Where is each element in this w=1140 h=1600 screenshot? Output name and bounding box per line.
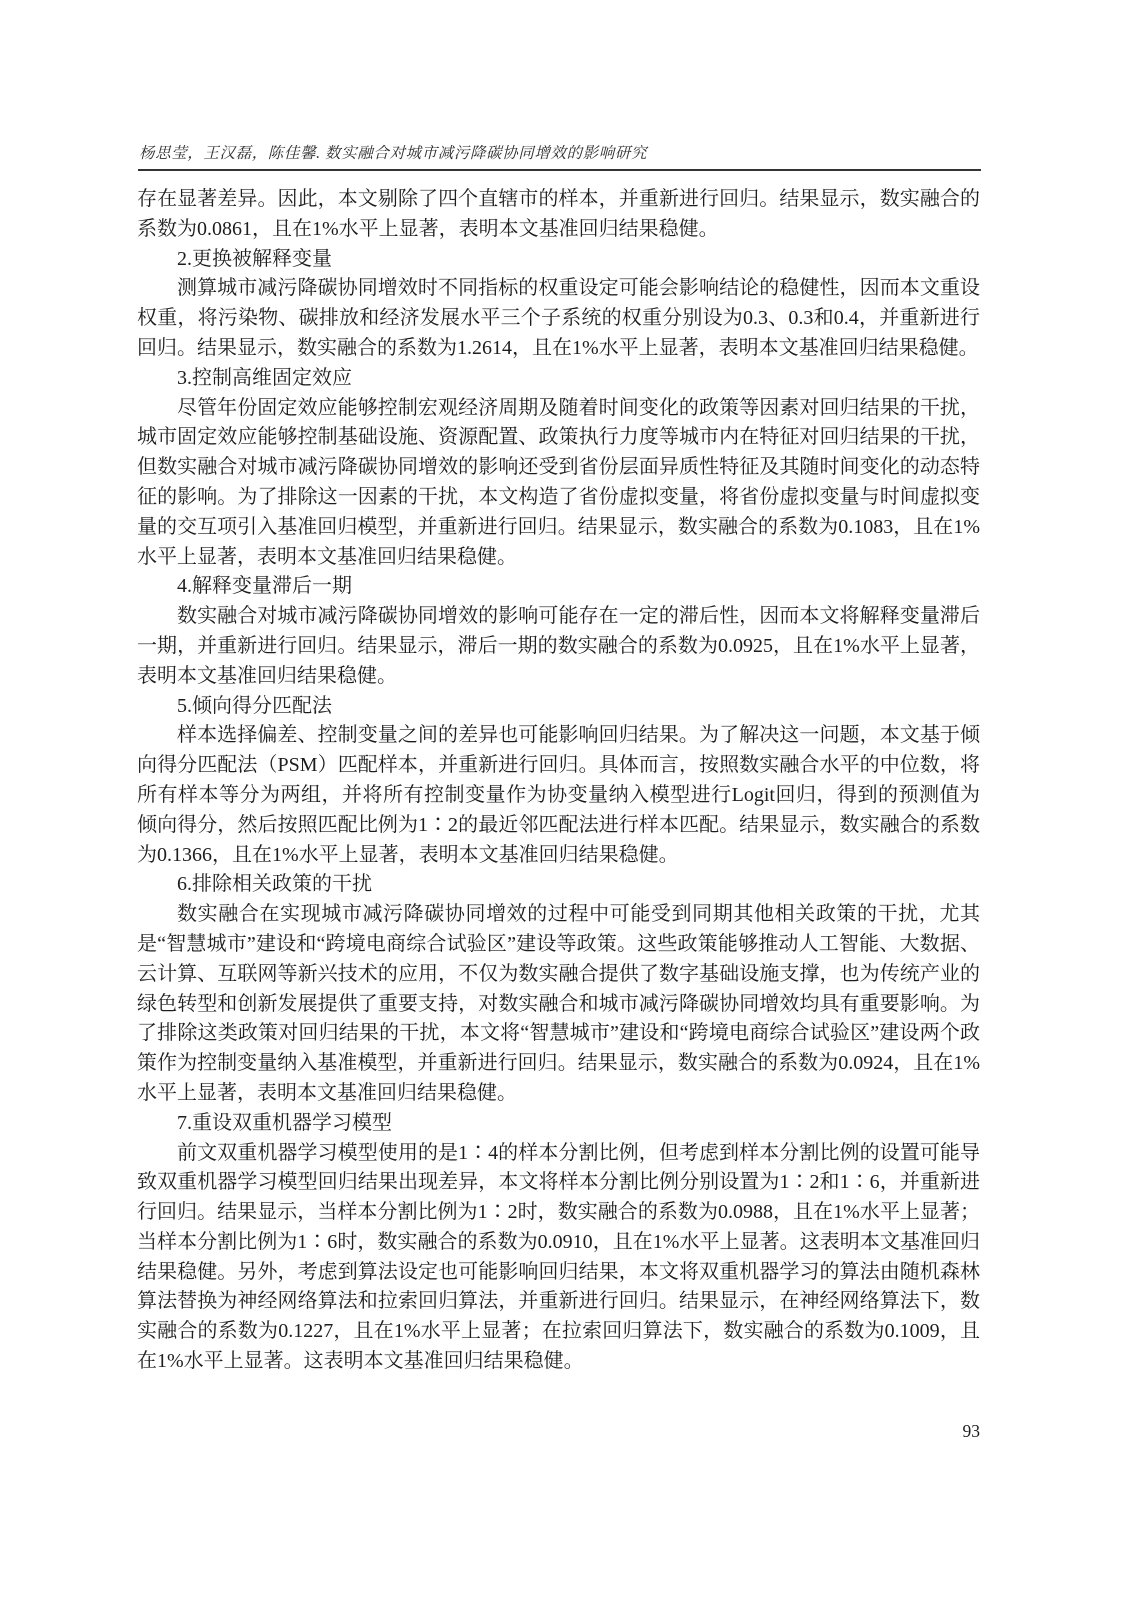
body-text: 存在显著差异。因此，本文剔除了四个直辖市的样本，并重新进行回归。结果显示，数实融… [137, 185, 980, 1377]
page-number: 93 [137, 1421, 980, 1442]
body-paragraph: 数实融合在实现城市减污降碳协同增效的过程中可能受到同期其他相关政策的干扰，尤其是… [137, 900, 980, 1109]
section-heading: 6.排除相关政策的干扰 [137, 870, 980, 900]
section-heading: 3.控制高维固定效应 [137, 364, 980, 394]
header-rule [138, 169, 981, 171]
section-heading: 7.重设双重机器学习模型 [137, 1109, 980, 1139]
body-paragraph: 测算城市减污降碳协同增效时不同指标的权重设定可能会影响结论的稳健性，因而本文重设… [137, 274, 980, 363]
body-paragraph: 存在显著差异。因此，本文剔除了四个直辖市的样本，并重新进行回归。结果显示，数实融… [137, 185, 980, 245]
running-head: 杨思莹，王汉磊，陈佳馨. 数实融合对城市减污降碳协同增效的影响研究 [139, 141, 982, 163]
body-paragraph: 尽管年份固定效应能够控制宏观经济周期及随着时间变化的政策等因素对回归结果的干扰，… [137, 394, 980, 573]
section-heading: 4.解释变量滞后一期 [137, 572, 980, 602]
body-paragraph: 样本选择偏差、控制变量之间的差异也可能影响回归结果。为了解决这一问题，本文基于倾… [137, 721, 980, 870]
paper-page: 杨思莹，王汉磊，陈佳馨. 数实融合对城市减污降碳协同增效的影响研究 存在显著差异… [0, 0, 1140, 1600]
body-paragraph: 数实融合对城市减污降碳协同增效的影响可能存在一定的滞后性，因而本文将解释变量滞后… [137, 602, 980, 691]
section-heading: 5.倾向得分匹配法 [137, 692, 980, 722]
section-heading: 2.更换被解释变量 [137, 245, 980, 275]
body-paragraph: 前文双重机器学习模型使用的是1∶4的样本分割比例，但考虑到样本分割比例的设置可能… [137, 1139, 980, 1377]
